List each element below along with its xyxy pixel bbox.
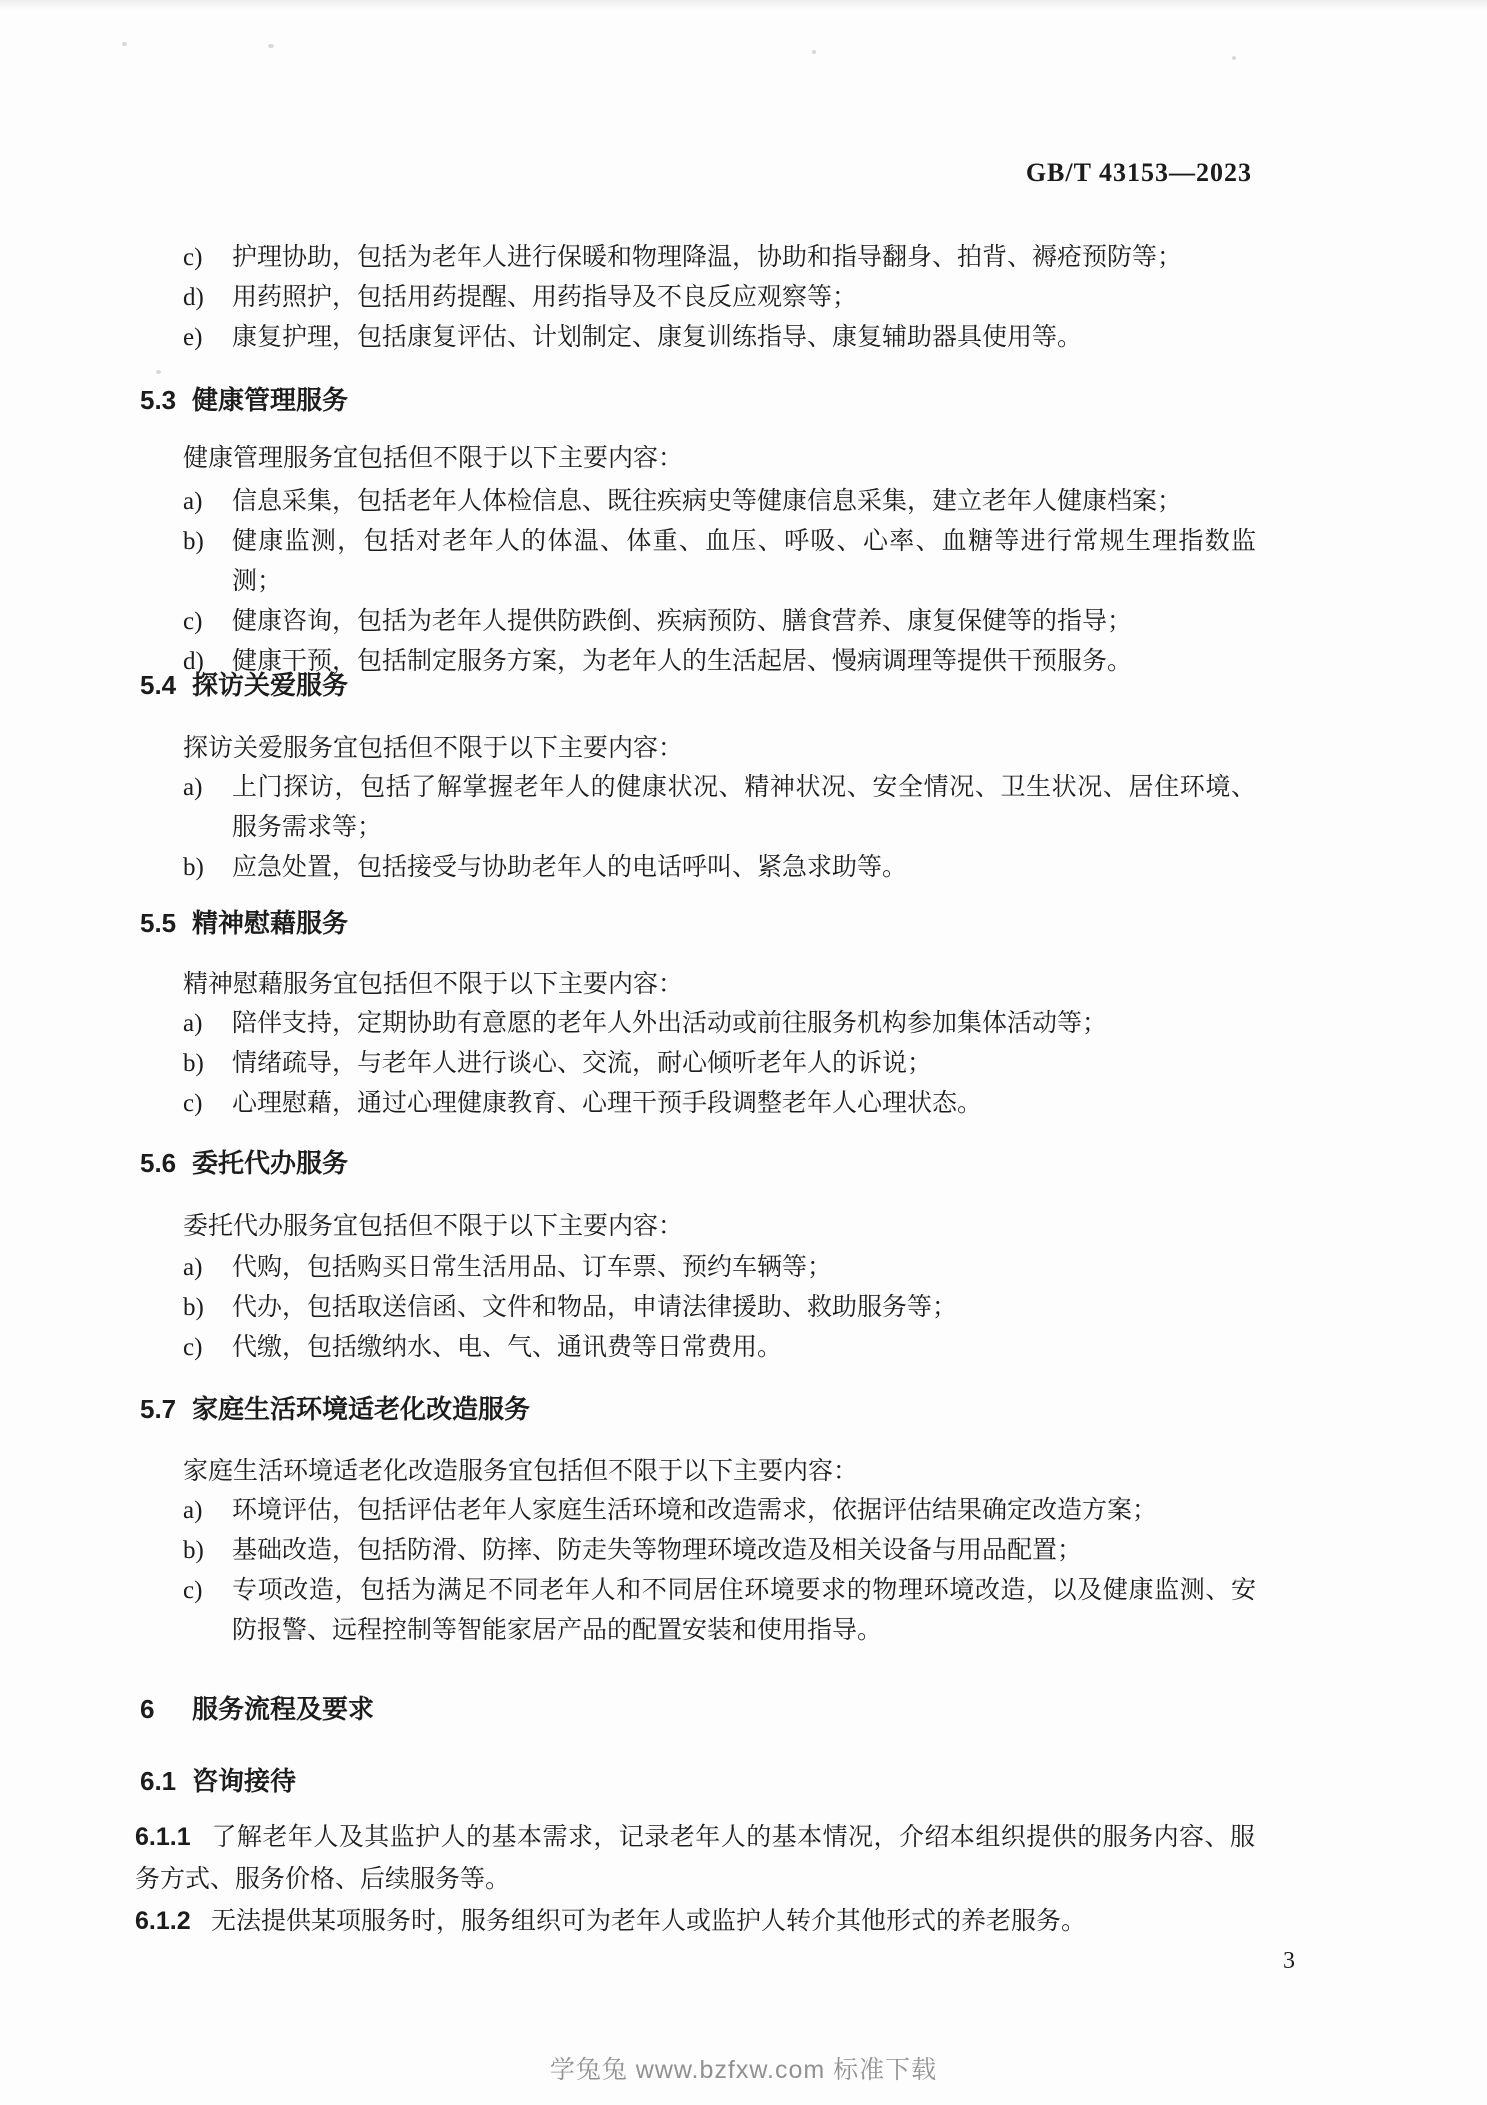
section-list-5-7: a) 环境评估，包括评估老年人家庭生活环境和改造需求，依据评估结果确定改造方案；… xyxy=(183,1491,1256,1651)
item-label: c) xyxy=(183,1571,232,1651)
section-intro: 家庭生活环境适老化改造服务宜包括但不限于以下主要内容： xyxy=(183,1453,858,1491)
section-intro: 委托代办服务宜包括但不限于以下主要内容： xyxy=(183,1208,683,1246)
page-number: 3 xyxy=(1283,1948,1295,1975)
item-text: 健康咨询，包括为老年人提供防跌倒、疾病预防、膳食营养、康复保健等的指导； xyxy=(232,602,1256,642)
item-label: b) xyxy=(183,1288,232,1328)
section-heading-5-6: 5.6委托代办服务 xyxy=(140,1146,348,1180)
list-item: b) 代办，包括取送信函、文件和物品，申请法律援助、救助服务等； xyxy=(183,1288,1256,1328)
scan-speck xyxy=(1232,56,1236,60)
item-text: 健康监测，包括对老年人的体温、体重、血压、呼吸、心率、血糖等进行常规生理指数监测… xyxy=(232,522,1256,602)
item-text: 环境评估，包括评估老年人家庭生活环境和改造需求，依据评估结果确定改造方案； xyxy=(232,1491,1256,1531)
chapter-number: 6 xyxy=(140,1692,192,1726)
list-item: e) 康复护理，包括康复评估、计划制定、康复训练指导、康复辅助器具使用等。 xyxy=(183,318,1256,358)
section-number: 5.7 xyxy=(140,1392,192,1426)
item-text: 康复护理，包括康复评估、计划制定、康复训练指导、康复辅助器具使用等。 xyxy=(232,318,1256,358)
section-title: 探访关爱服务 xyxy=(192,670,348,700)
section-intro: 精神慰藉服务宜包括但不限于以下主要内容： xyxy=(183,966,683,1004)
item-label: b) xyxy=(183,522,232,602)
item-label: c) xyxy=(183,238,232,278)
list-item: d) 用药照护，包括用药提醒、用药指导及不良反应观察等； xyxy=(183,278,1256,318)
item-text: 上门探访，包括了解掌握老年人的健康状况、精神状况、安全情况、卫生状况、居住环境、… xyxy=(232,768,1256,848)
list-item: a) 陪伴支持，定期协助有意愿的老年人外出活动或前往服务机构参加集体活动等； xyxy=(183,1004,1256,1044)
clause-6-1-2: 6.1.2无法提供某项服务时，服务组织可为老年人或监护人转介其他形式的养老服务。 xyxy=(135,1900,1255,1943)
list-item: b) 应急处置，包括接受与协助老年人的电话呼叫、紧急求助等。 xyxy=(183,848,1256,888)
section-list-5-3: a) 信息采集，包括老年人体检信息、既往疾病史等健康信息采集，建立老年人健康档案… xyxy=(183,482,1256,682)
item-label: a) xyxy=(183,1004,232,1044)
section-title: 精神慰藉服务 xyxy=(192,908,348,938)
clause-number: 6.1.2 xyxy=(135,1900,197,1942)
list-item: a) 代购，包括购买日常生活用品、订车票、预约车辆等； xyxy=(183,1248,1256,1288)
section-intro: 探访关爱服务宜包括但不限于以下主要内容： xyxy=(183,730,683,768)
item-text: 情绪疏导，与老年人进行谈心、交流，耐心倾听老年人的诉说； xyxy=(232,1044,1256,1084)
item-label: a) xyxy=(183,482,232,522)
item-label: b) xyxy=(183,848,232,888)
section-heading-5-3: 5.3健康管理服务 xyxy=(140,383,348,417)
clause-6-1-1: 6.1.1了解老年人及其监护人的基本需求，记录老年人的基本情况，介绍本组织提供的… xyxy=(135,1816,1255,1901)
item-label: a) xyxy=(183,1491,232,1531)
scan-speck xyxy=(268,44,274,48)
section-list-5-5: a) 陪伴支持，定期协助有意愿的老年人外出活动或前往服务机构参加集体活动等； b… xyxy=(183,1004,1256,1124)
item-label: c) xyxy=(183,1084,232,1124)
list-item: c) 专项改造，包括为满足不同老年人和不同居住环境要求的物理环境改造，以及健康监… xyxy=(183,1571,1256,1651)
item-label: b) xyxy=(183,1044,232,1084)
section-title: 咨询接待 xyxy=(192,1766,296,1796)
chapter-title: 服务流程及要求 xyxy=(192,1694,374,1724)
clause-text: 了解老年人及其监护人的基本需求，记录老年人的基本情况，介绍本组织提供的服务内容、… xyxy=(135,1824,1255,1893)
item-label: a) xyxy=(183,768,232,848)
item-text: 健康干预，包括制定服务方案，为老年人的生活起居、慢病调理等提供干预服务。 xyxy=(232,642,1256,682)
item-text: 信息采集，包括老年人体检信息、既往疾病史等健康信息采集，建立老年人健康档案； xyxy=(232,482,1256,522)
section-heading-6-1: 6.1咨询接待 xyxy=(140,1764,296,1798)
list-item: c) 心理慰藉，通过心理健康教育、心理干预手段调整老年人心理状态。 xyxy=(183,1084,1256,1124)
standard-code: GB/T 43153—2023 xyxy=(1026,158,1252,188)
section-list-5-4: a) 上门探访，包括了解掌握老年人的健康状况、精神状况、安全情况、卫生状况、居住… xyxy=(183,768,1256,888)
list-item: a) 信息采集，包括老年人体检信息、既往疾病史等健康信息采集，建立老年人健康档案… xyxy=(183,482,1256,522)
scan-speck xyxy=(122,42,127,46)
section-number: 6.1 xyxy=(140,1764,192,1798)
list-item: a) 环境评估，包括评估老年人家庭生活环境和改造需求，依据评估结果确定改造方案； xyxy=(183,1491,1256,1531)
list-item: b) 情绪疏导，与老年人进行谈心、交流，耐心倾听老年人的诉说； xyxy=(183,1044,1256,1084)
item-text: 应急处置，包括接受与协助老年人的电话呼叫、紧急求助等。 xyxy=(232,848,1256,888)
item-text: 基础改造，包括防滑、防摔、防走失等物理环境改造及相关设备与用品配置； xyxy=(232,1531,1256,1571)
section-title: 委托代办服务 xyxy=(192,1148,348,1178)
section-intro: 健康管理服务宜包括但不限于以下主要内容： xyxy=(183,440,683,478)
scan-speck xyxy=(812,50,816,54)
document-page: GB/T 43153—2023 c) 护理协助，包括为老年人进行保暖和物理降温，… xyxy=(0,0,1487,2105)
section-number: 5.5 xyxy=(140,906,192,940)
section-heading-5-7: 5.7家庭生活环境适老化改造服务 xyxy=(140,1392,530,1426)
item-label: b) xyxy=(183,1531,232,1571)
section-heading-5-5: 5.5精神慰藉服务 xyxy=(140,906,348,940)
item-text: 专项改造，包括为满足不同老年人和不同居住环境要求的物理环境改造，以及健康监测、安… xyxy=(232,1571,1256,1651)
list-item: c) 健康咨询，包括为老年人提供防跌倒、疾病预防、膳食营养、康复保健等的指导； xyxy=(183,602,1256,642)
scan-speck xyxy=(156,370,161,374)
list-item: b) 健康监测，包括对老年人的体温、体重、血压、呼吸、心率、血糖等进行常规生理指… xyxy=(183,522,1256,602)
chapter-heading-6: 6服务流程及要求 xyxy=(140,1692,374,1726)
list-item: a) 上门探访，包括了解掌握老年人的健康状况、精神状况、安全情况、卫生状况、居住… xyxy=(183,768,1256,848)
item-label: d) xyxy=(183,278,232,318)
item-label: a) xyxy=(183,1248,232,1288)
list-item: c) 护理协助，包括为老年人进行保暖和物理降温，协助和指导翻身、拍背、褥疮预防等… xyxy=(183,238,1256,278)
item-label: c) xyxy=(183,1328,232,1368)
item-text: 护理协助，包括为老年人进行保暖和物理降温，协助和指导翻身、拍背、褥疮预防等； xyxy=(232,238,1256,278)
item-label: c) xyxy=(183,602,232,642)
watermark: 学兔兔 www.bzfxw.com 标准下载 xyxy=(0,2050,1487,2086)
section-number: 5.4 xyxy=(140,668,192,702)
clause-text: 无法提供某项服务时，服务组织可为老年人或监护人转介其他形式的养老服务。 xyxy=(211,1908,1086,1935)
section-number: 5.6 xyxy=(140,1146,192,1180)
section-title: 健康管理服务 xyxy=(192,385,348,415)
item-text: 心理慰藉，通过心理健康教育、心理干预手段调整老年人心理状态。 xyxy=(232,1084,1256,1124)
item-text: 用药照护，包括用药提醒、用药指导及不良反应观察等； xyxy=(232,278,1256,318)
section-list-5-6: a) 代购，包括购买日常生活用品、订车票、预约车辆等； b) 代办，包括取送信函… xyxy=(183,1248,1256,1368)
item-text: 代购，包括购买日常生活用品、订车票、预约车辆等； xyxy=(232,1248,1256,1288)
item-text: 代缴，包括缴纳水、电、气、通讯费等日常费用。 xyxy=(232,1328,1256,1368)
top-list: c) 护理协助，包括为老年人进行保暖和物理降温，协助和指导翻身、拍背、褥疮预防等… xyxy=(183,238,1256,358)
list-item: b) 基础改造，包括防滑、防摔、防走失等物理环境改造及相关设备与用品配置； xyxy=(183,1531,1256,1571)
section-title: 家庭生活环境适老化改造服务 xyxy=(192,1394,530,1424)
list-item: c) 代缴，包括缴纳水、电、气、通讯费等日常费用。 xyxy=(183,1328,1256,1368)
clause-number: 6.1.1 xyxy=(135,1816,197,1858)
section-heading-5-4: 5.4探访关爱服务 xyxy=(140,668,348,702)
item-label: e) xyxy=(183,318,232,358)
item-text: 陪伴支持，定期协助有意愿的老年人外出活动或前往服务机构参加集体活动等； xyxy=(232,1004,1256,1044)
section-number: 5.3 xyxy=(140,383,192,417)
item-text: 代办，包括取送信函、文件和物品，申请法律援助、救助服务等； xyxy=(232,1288,1256,1328)
